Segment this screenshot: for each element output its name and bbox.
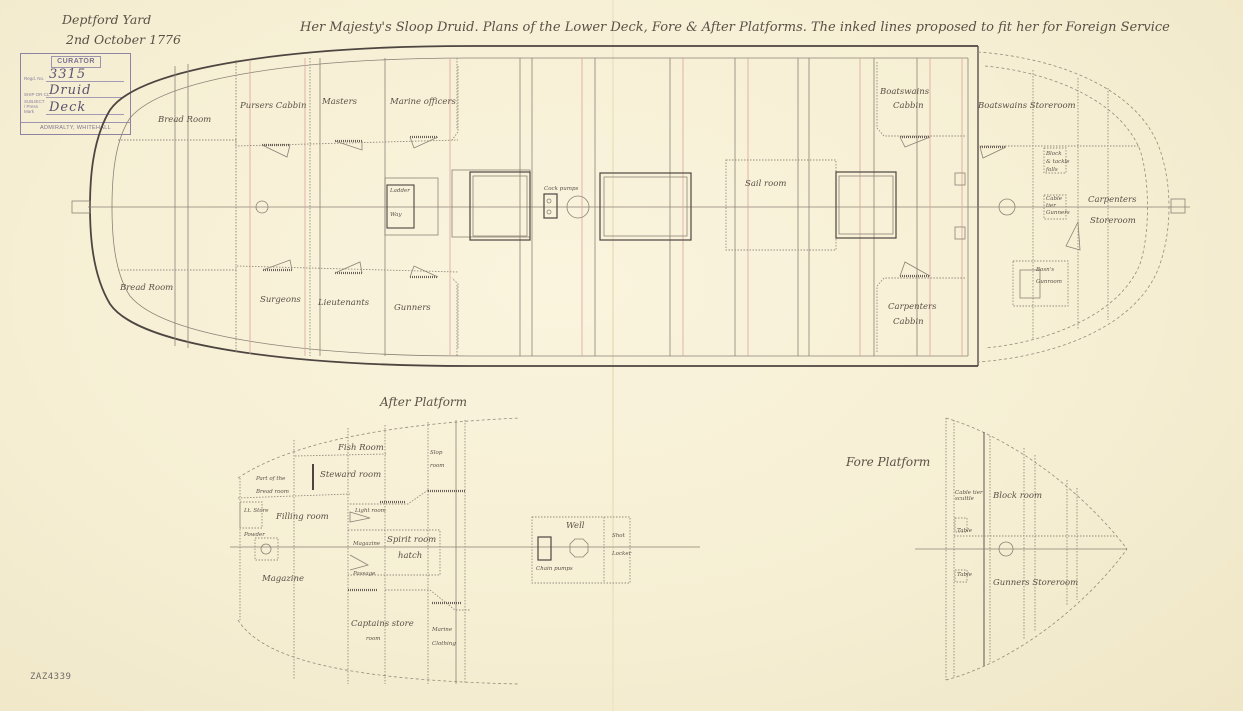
svg-text:Part of the: Part of the (255, 476, 286, 482)
after-platform-labels: Fish Room Slop room Part of the Bread ro… (243, 443, 632, 647)
svg-text:Magazine: Magazine (352, 541, 381, 547)
small-label: Block (1045, 151, 1062, 157)
fore-platform-plan (915, 418, 1127, 680)
room-label: Surgeons (260, 295, 301, 305)
room-label: Carpenters (888, 302, 937, 312)
room-label: Pursers Cabbin (239, 101, 306, 111)
room-label: Sail room (745, 179, 786, 189)
svg-text:hatch: hatch (398, 551, 422, 561)
room-label: Cabbin (893, 101, 924, 111)
svg-text:Steward room: Steward room (320, 470, 381, 480)
svg-text:Fish Room: Fish Room (337, 443, 384, 453)
svg-text:Passage: Passage (352, 571, 376, 577)
room-label: Gunners (394, 303, 431, 313)
svg-text:Shot: Shot (612, 533, 626, 539)
svg-text:Clothing: Clothing (432, 641, 456, 647)
room-label: Cabbin (893, 317, 924, 327)
small-label: tier (1046, 203, 1056, 209)
svg-text:Light room: Light room (354, 508, 386, 514)
room-label: Boatswains (879, 87, 930, 97)
small-label: Cock pumps (544, 186, 578, 192)
room-label: Marine officers (389, 97, 456, 107)
room-label: Bread Room (119, 283, 173, 293)
svg-text:Magazine: Magazine (261, 574, 304, 584)
svg-text:Block room: Block room (992, 491, 1042, 501)
room-label: Carpenters (1088, 195, 1137, 205)
svg-text:Table: Table (957, 572, 973, 578)
svg-text:room: room (366, 636, 380, 642)
svg-text:Chain pumps: Chain pumps (536, 566, 573, 572)
svg-text:Lt. Store: Lt. Store (243, 508, 269, 514)
room-label: Storeroom (1090, 216, 1136, 226)
after-platform-title: After Platform (379, 395, 467, 409)
room-label: Boatswains Storeroom (977, 101, 1076, 111)
small-label: Way (390, 212, 402, 218)
svg-text:Marine: Marine (431, 627, 453, 633)
room-label: Bread Room (157, 115, 211, 125)
svg-text:Locker: Locker (611, 551, 632, 557)
small-label: falls (1045, 167, 1058, 173)
room-label: Bosn's (1035, 267, 1054, 273)
plan-title: Her Majesty's Sloop Druid. Plans of the … (299, 20, 1170, 35)
svg-text:Filling room: Filling room (275, 512, 329, 522)
svg-text:Powder: Powder (243, 532, 265, 538)
room-label: Lieutenants (317, 298, 370, 308)
small-label: Ladder (389, 188, 410, 194)
small-label: Cable (1046, 196, 1063, 202)
svg-text:Spirit room: Spirit room (387, 535, 436, 545)
room-label: Masters (321, 97, 358, 107)
small-label: & tackle (1046, 159, 1070, 165)
fore-platform-title: Fore Platform (845, 455, 930, 469)
svg-text:Bread room: Bread room (255, 489, 289, 495)
svg-text:Table: Table (957, 528, 973, 534)
room-label: Gunroom (1036, 279, 1062, 285)
svg-text:Captains store: Captains store (351, 619, 414, 629)
ship-plan-drawing: .ink { stroke: #4d4540; fill: none; } .p… (0, 0, 1243, 711)
ship-plan-sheet: Deptford Yard 2nd October 1776 CURATOR R… (0, 0, 1243, 711)
catalog-number: ZAZ4339 (30, 672, 71, 682)
fore-platform-labels: Block room Gunners Storeroom Cable tier … (955, 490, 1078, 588)
svg-text:Well: Well (566, 521, 585, 531)
svg-text:Slop: Slop (430, 450, 443, 456)
svg-text:Gunners Storeroom: Gunners Storeroom (993, 578, 1078, 588)
small-label: Gunners (1046, 210, 1070, 216)
svg-text:room: room (430, 463, 444, 469)
svg-text:scuttle: scuttle (955, 496, 975, 502)
lower-deck-plan (72, 46, 1190, 366)
